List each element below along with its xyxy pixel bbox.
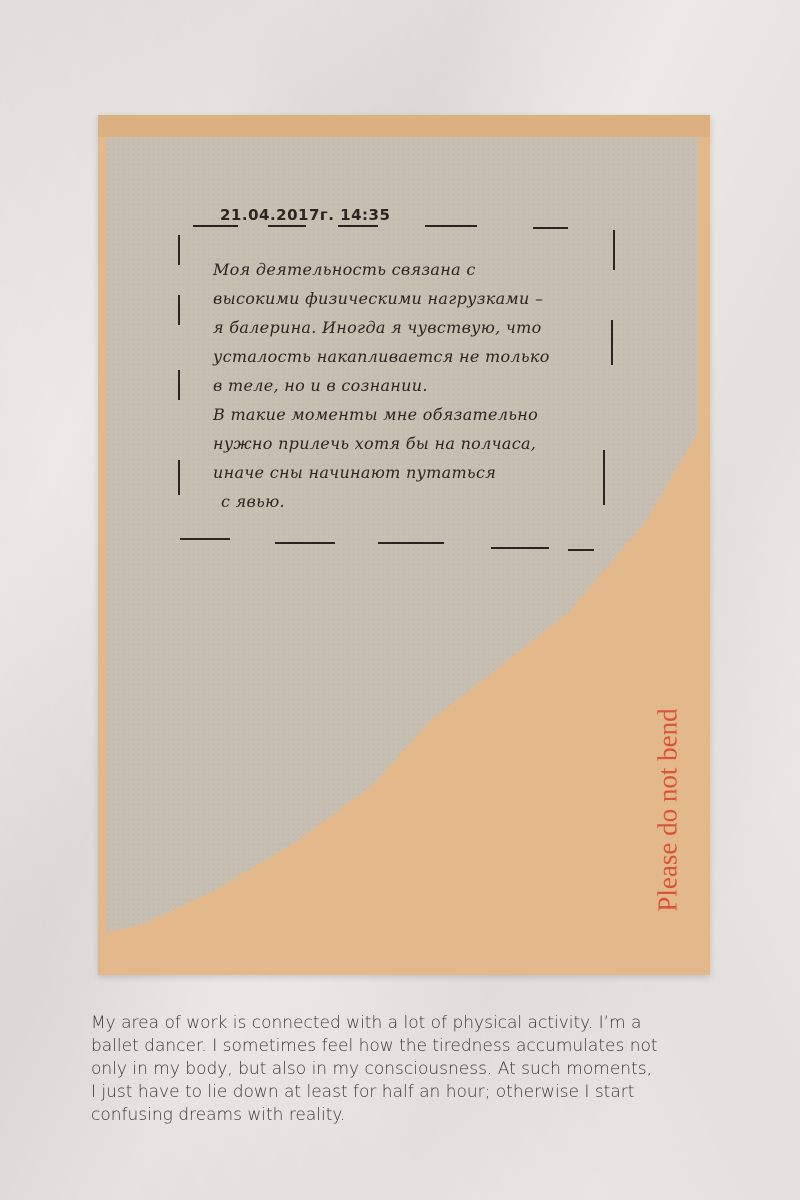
frame-dash [275, 542, 335, 544]
envelope-stamp: Please do not bend [650, 672, 686, 947]
frame-dash [193, 225, 238, 227]
stamp-text: Please do not bend [653, 708, 684, 911]
note-line: высокими физическими нагрузками – [213, 284, 613, 313]
frame-dash [533, 227, 568, 229]
frame-dash [378, 542, 444, 544]
note-date: 21.04.2017г. 14:35 [220, 206, 390, 224]
note-body: Моя деятельность связана с высокими физи… [213, 255, 613, 516]
note-line: я балерина. Иногда я чувствую, что [213, 313, 613, 342]
frame-dash [425, 225, 477, 227]
caption-line: I just have to lie down at least for hal… [91, 1081, 731, 1104]
frame-dash [338, 225, 378, 227]
caption-line: confusing dreams with reality. [91, 1104, 731, 1127]
caption-line: ballet dancer. I sometimes feel how the … [91, 1035, 731, 1058]
note-line: в теле, но и в сознании. [213, 371, 613, 400]
caption-line: My area of work is connected with a lot … [91, 1012, 731, 1035]
frame-dash [178, 235, 180, 265]
frame-dash [613, 230, 615, 270]
frame-dash [178, 295, 180, 325]
frame-dash [178, 460, 180, 495]
handwritten-note: 21.04.2017г. 14:35 Моя деятельность связ… [98, 115, 710, 975]
caption-line: only in my body, but also in my consciou… [91, 1058, 731, 1081]
frame-dash [268, 225, 306, 227]
frame-dash [178, 370, 180, 400]
caption: My area of work is connected with a lot … [91, 1012, 731, 1127]
note-line: с явью. [213, 487, 613, 516]
note-line: усталость накапливается не только [213, 342, 613, 371]
note-line: иначе сны начинают путаться [213, 458, 613, 487]
frame-dash [180, 538, 230, 540]
frame-dash [568, 549, 594, 551]
note-line: Моя деятельность связана с [213, 255, 613, 284]
note-line: нужно прилечь хотя бы на полчаса, [213, 429, 613, 458]
note-line: В такие моменты мне обязательно [213, 400, 613, 429]
frame-dash [491, 547, 549, 549]
